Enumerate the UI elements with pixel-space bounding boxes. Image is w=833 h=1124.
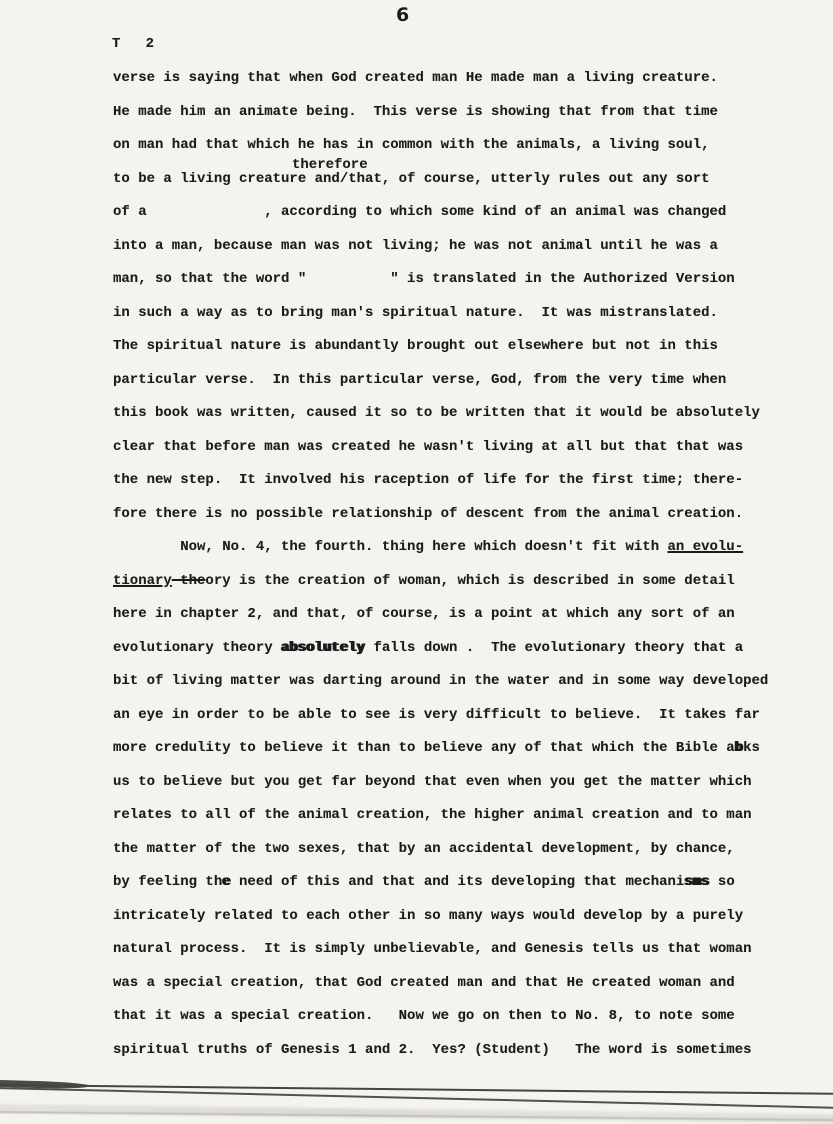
text-line: to be a living creature and/that, of cou… — [113, 163, 803, 197]
text-line: man, so that the word " " is translated … — [113, 263, 803, 297]
typed-insertion-therefore: therefore — [292, 157, 368, 173]
text-line: bit of living matter was darting around … — [113, 665, 803, 699]
text-line: that it was a special creation. Now we g… — [113, 1000, 803, 1034]
text-line: in such a way as to bring man's spiritua… — [113, 297, 803, 331]
text-line: this book was written, caused it so to b… — [113, 397, 803, 431]
text-line: relates to all of the animal creation, t… — [113, 799, 803, 833]
text-line: The spiritual nature is abundantly broug… — [113, 330, 803, 364]
text-line: evolutionary theory absolutely falls dow… — [113, 632, 803, 666]
scanned-document-page: 6 T 2 verse is saying that when God crea… — [0, 0, 833, 1124]
text-line: verse is saying that when God created ma… — [113, 62, 803, 96]
text-line: on man had that which he has in common w… — [113, 129, 803, 163]
text-line: of a , according to which some kind of a… — [113, 196, 803, 230]
text-line: intricately related to each other in so … — [113, 900, 803, 934]
document-body: verse is saying that when God created ma… — [113, 62, 803, 1067]
text-line: the new step. It involved his raception … — [113, 464, 803, 498]
text-line: tionary theory is the creation of woman,… — [113, 565, 803, 599]
text-line: natural process. It is simply unbelievab… — [113, 933, 803, 967]
text-line: an eye in order to be able to see is ver… — [113, 699, 803, 733]
text-line: into a man, because man was not living; … — [113, 230, 803, 264]
text-line: spiritual truths of Genesis 1 and 2. Yes… — [113, 1034, 803, 1068]
text-line: was a special creation, that God created… — [113, 967, 803, 1001]
header-reference-code: T 2 — [112, 36, 154, 52]
text-line: by feeling the need of this and that and… — [113, 866, 803, 900]
text-line: more credulity to believe it than to bel… — [113, 732, 803, 766]
text-line: Now, No. 4, the fourth. thing here which… — [113, 531, 803, 565]
text-line: He made him an animate being. This verse… — [113, 96, 803, 130]
text-line: us to believe but you get far beyond tha… — [113, 766, 803, 800]
text-line: the matter of the two sexes, that by an … — [113, 833, 803, 867]
text-line: here in chapter 2, and that, of course, … — [113, 598, 803, 632]
text-line: particular verse. In this particular ver… — [113, 364, 803, 398]
text-line: clear that before man was created he was… — [113, 431, 803, 465]
page-number: 6 — [396, 4, 409, 26]
text-line: fore there is no possible relationship o… — [113, 498, 803, 532]
